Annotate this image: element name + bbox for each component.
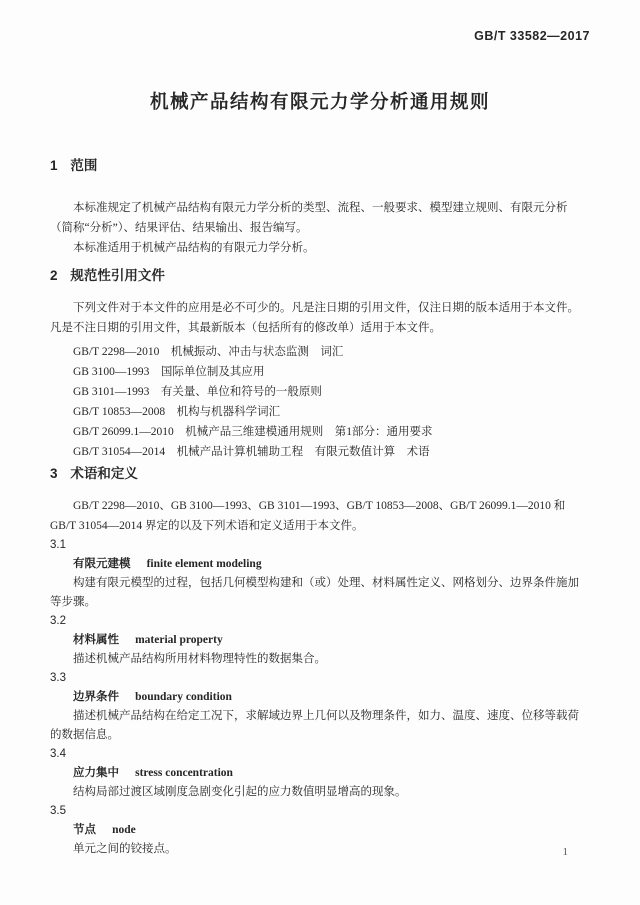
term-name-en: node	[112, 824, 136, 836]
term-name-en: boundary condition	[135, 691, 232, 703]
section-scope: 1范围 本标准规定了机械产品结构有限元力学分析的类型、流程、一般要求、模型建立规…	[50, 156, 590, 258]
term-name: 节点node	[50, 821, 590, 840]
term-name-zh: 节点	[73, 824, 96, 836]
section-title: 规范性引用文件	[70, 268, 165, 283]
terms-list: 3.1 有限元建模finite element modeling 构建有限元模型…	[50, 536, 590, 859]
document-content: GB/T 33582—2017 机械产品结构有限元力学分析通用规则 1范围 本标…	[0, 0, 640, 859]
section-terms-and-definitions: 3术语和定义 GB/T 2298—2010、GB 3100—1993、GB 31…	[50, 464, 590, 859]
term-name-en: stress concentration	[135, 767, 233, 779]
term-name-en: material property	[135, 634, 223, 646]
scope-paragraphs: 本标准规定了机械产品结构有限元力学分析的类型、流程、一般要求、模型建立规则、有限…	[50, 198, 590, 258]
term-definition: 描述机械产品结构所用材料物理特性的数据集合。	[50, 650, 590, 669]
term-number: 3.1	[50, 536, 590, 555]
scope-paragraph: 本标准规定了机械产品结构有限元力学分析的类型、流程、一般要求、模型建立规则、有限…	[50, 198, 590, 238]
term-entry: 3.2 材料属性material property 描述机械产品结构所用材料物理…	[50, 612, 590, 669]
section-scope-heading: 1范围	[50, 156, 590, 176]
term-entry: 3.1 有限元建模finite element modeling 构建有限元模型…	[50, 536, 590, 612]
term-name-zh: 材料属性	[73, 634, 119, 646]
term-number: 3.5	[50, 802, 590, 821]
term-number: 3.4	[50, 745, 590, 764]
scope-paragraph: 本标准适用于机械产品结构的有限元力学分析。	[50, 238, 590, 258]
term-name: 材料属性material property	[50, 631, 590, 650]
term-number: 3.2	[50, 612, 590, 631]
term-number: 3.3	[50, 669, 590, 688]
document-page: GB/T 33582—2017 机械产品结构有限元力学分析通用规则 1范围 本标…	[0, 0, 640, 905]
reference-item: GB/T 26099.1—2010 机械产品三维建模通用规则 第1部分：通用要求	[50, 422, 590, 442]
section-normative-references-heading: 2规范性引用文件	[50, 266, 590, 286]
section-terms-heading: 3术语和定义	[50, 464, 590, 484]
reference-item: GB 3100—1993 国际单位制及其应用	[50, 362, 590, 382]
term-definition: 描述机械产品结构在给定工况下，求解域边界上几何以及物理条件，如力、温度、速度、位…	[50, 707, 590, 745]
section-title: 范围	[70, 158, 97, 173]
section-normative-references: 2规范性引用文件 下列文件对于本文件的应用是必不可少的。凡是注日期的引用文件，仅…	[50, 266, 590, 462]
term-name-en: finite element modeling	[147, 558, 262, 570]
terms-intro: GB/T 2298—2010、GB 3100—1993、GB 3101—1993…	[50, 496, 590, 536]
section-number: 1	[50, 158, 58, 173]
reference-item: GB 3101—1993 有关量、单位和符号的一般原则	[50, 382, 590, 402]
term-definition: 构建有限元模型的过程，包括几何模型构建和（或）处理、材料属性定义、网格划分、边界…	[50, 574, 590, 612]
term-name-zh: 有限元建模	[73, 558, 131, 570]
term-definition: 单元之间的铰接点。	[50, 840, 590, 859]
term-entry: 3.5 节点node 单元之间的铰接点。	[50, 802, 590, 859]
term-entry: 3.4 应力集中stress concentration 结构局部过渡区域刚度急…	[50, 745, 590, 802]
section-title: 术语和定义	[70, 466, 138, 481]
reference-item: GB/T 31054—2014 机械产品计算机辅助工程 有限元数值计算 术语	[50, 442, 590, 462]
term-entry: 3.3 边界条件boundary condition 描述机械产品结构在给定工况…	[50, 669, 590, 745]
reference-list: GB/T 2298—2010 机械振动、冲击与状态监测 词汇 GB 3100—1…	[50, 342, 590, 462]
reference-item: GB/T 2298—2010 机械振动、冲击与状态监测 词汇	[50, 342, 590, 362]
term-name-zh: 边界条件	[73, 691, 119, 703]
standard-code: GB/T 33582—2017	[50, 28, 590, 44]
section-number: 2	[50, 268, 58, 283]
term-definition: 结构局部过渡区域刚度急剧变化引起的应力数值明显增高的现象。	[50, 783, 590, 802]
document-title: 机械产品结构有限元力学分析通用规则	[50, 88, 590, 116]
normative-references-intro: 下列文件对于本文件的应用是必不可少的。凡是注日期的引用文件，仅注日期的版本适用于…	[50, 298, 590, 338]
term-name-zh: 应力集中	[73, 767, 119, 779]
term-name: 边界条件boundary condition	[50, 688, 590, 707]
term-name: 应力集中stress concentration	[50, 764, 590, 783]
reference-item: GB/T 10853—2008 机构与机器科学词汇	[50, 402, 590, 422]
page-number: 1	[563, 842, 569, 862]
term-name: 有限元建模finite element modeling	[50, 555, 590, 574]
section-number: 3	[50, 466, 58, 481]
